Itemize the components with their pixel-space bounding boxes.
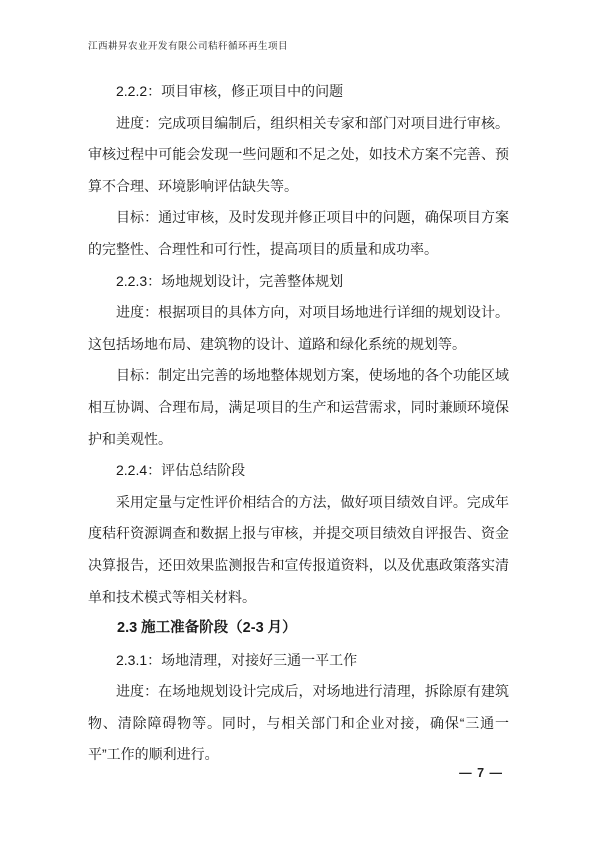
paragraph-progress-review: 进度：完成项目编制后，组织相关专家和部门对项目进行审核。审核过程中可能会发现一些… [88, 108, 509, 203]
paragraph-goal-site-planning: 目标：制定出完善的场地整体规划方案，使场地的各个功能区域相互协调、合理布局，满足… [88, 360, 509, 455]
document-page: 江西耕昇农业开发有限公司秸秆循环再生项目 2.2.2：项目审核，修正项目中的问题… [0, 0, 595, 841]
document-body: 2.2.2：项目审核，修正项目中的问题 进度：完成项目编制后，组织相关专家和部门… [88, 76, 509, 771]
section-heading-2-3: 2.3 施工准备阶段（2-3 月） [88, 613, 509, 645]
paragraph-evaluation-summary: 采用定量与定性评价相结合的方法，做好项目绩效自评。完成年度秸秆资源调查和数据上报… [88, 487, 509, 613]
page-number: — 7 — [459, 766, 503, 780]
subsection-heading-2-2-3: 2.2.3：场地规划设计，完善整体规划 [88, 266, 509, 298]
paragraph-progress-site-planning: 进度：根据项目的具体方向，对项目场地进行详细的规划设计。这包括场地布局、建筑物的… [88, 297, 509, 360]
paragraph-goal-review: 目标：通过审核，及时发现并修正项目中的问题，确保项目方案的完整性、合理性和可行性… [88, 202, 509, 265]
subsection-heading-2-3-1: 2.3.1：场地清理，对接好三通一平工作 [88, 645, 509, 677]
subsection-heading-2-2-4: 2.2.4：评估总结阶段 [88, 455, 509, 487]
document-header: 江西耕昇农业开发有限公司秸秆循环再生项目 [88, 38, 288, 52]
subsection-heading-2-2-2: 2.2.2：项目审核，修正项目中的问题 [88, 76, 509, 108]
paragraph-progress-site-clearing: 进度：在场地规划设计完成后，对场地进行清理，拆除原有建筑物、清除障碍物等。同时，… [88, 676, 509, 771]
